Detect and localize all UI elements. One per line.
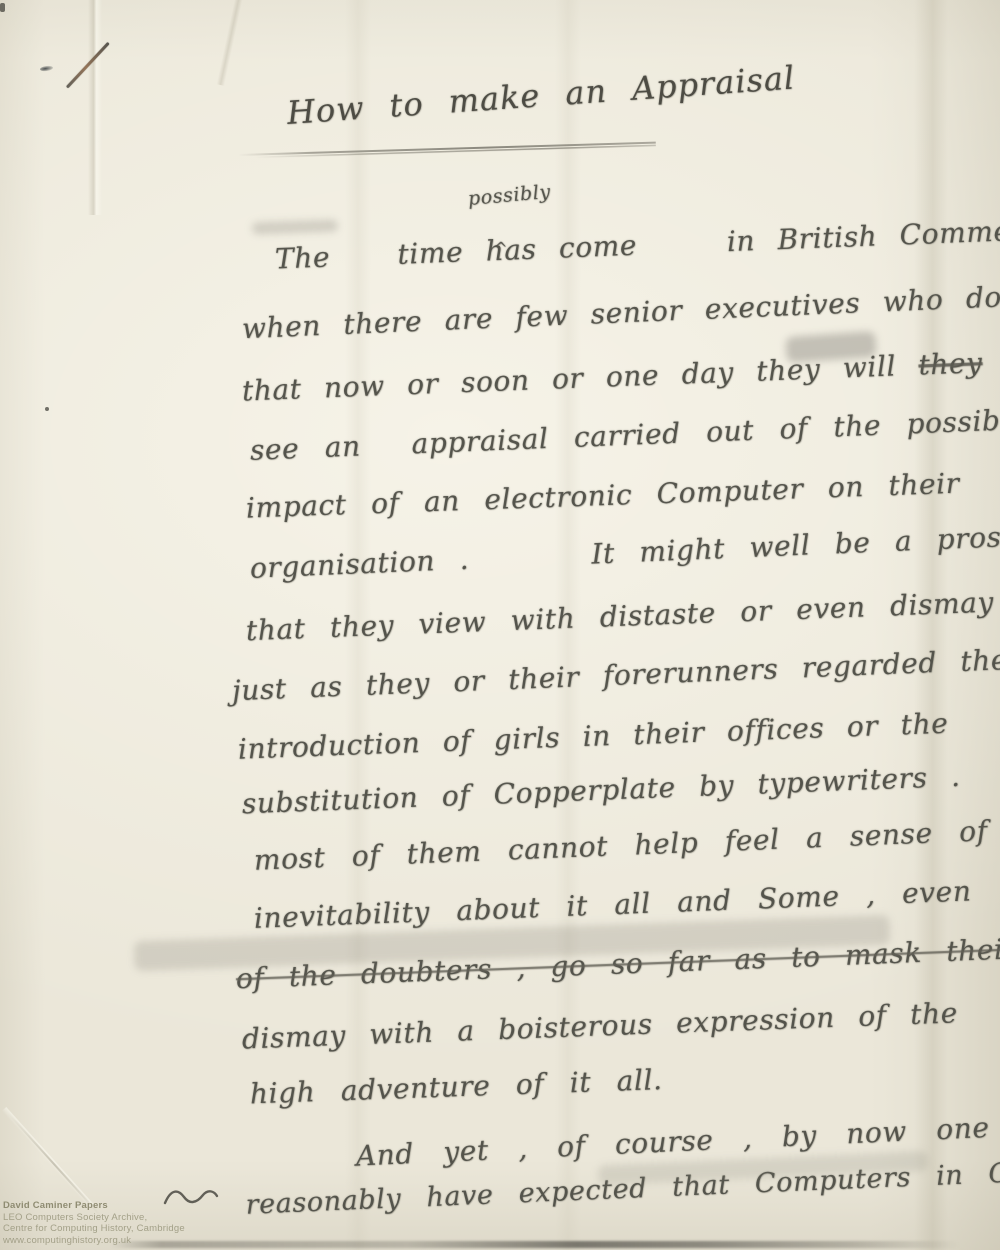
watermark-line: Centre for Computing History, Cambridge [3,1223,185,1235]
watermark-line: David Caminer Papers [3,1200,185,1212]
paper-speck [0,3,5,12]
manuscript-page: How to make an Appraisal possibly ^ The … [0,0,1000,1250]
watermark-line: www.computinghistory.org.uk [3,1235,185,1247]
paper-crease [217,0,244,86]
pencil-tick-mark [40,65,54,72]
title-underline [238,142,656,159]
paper-crease [2,1107,95,1209]
paper-crease [88,0,102,215]
page-title: How to make an Appraisal [286,59,797,132]
pencil-slash-mark [66,42,110,89]
paper-speck [45,407,49,411]
watermark-line: LEO Computers Society Archive, [3,1212,185,1224]
archive-watermark: David Caminer Papers LEO Computers Socie… [3,1200,185,1246]
